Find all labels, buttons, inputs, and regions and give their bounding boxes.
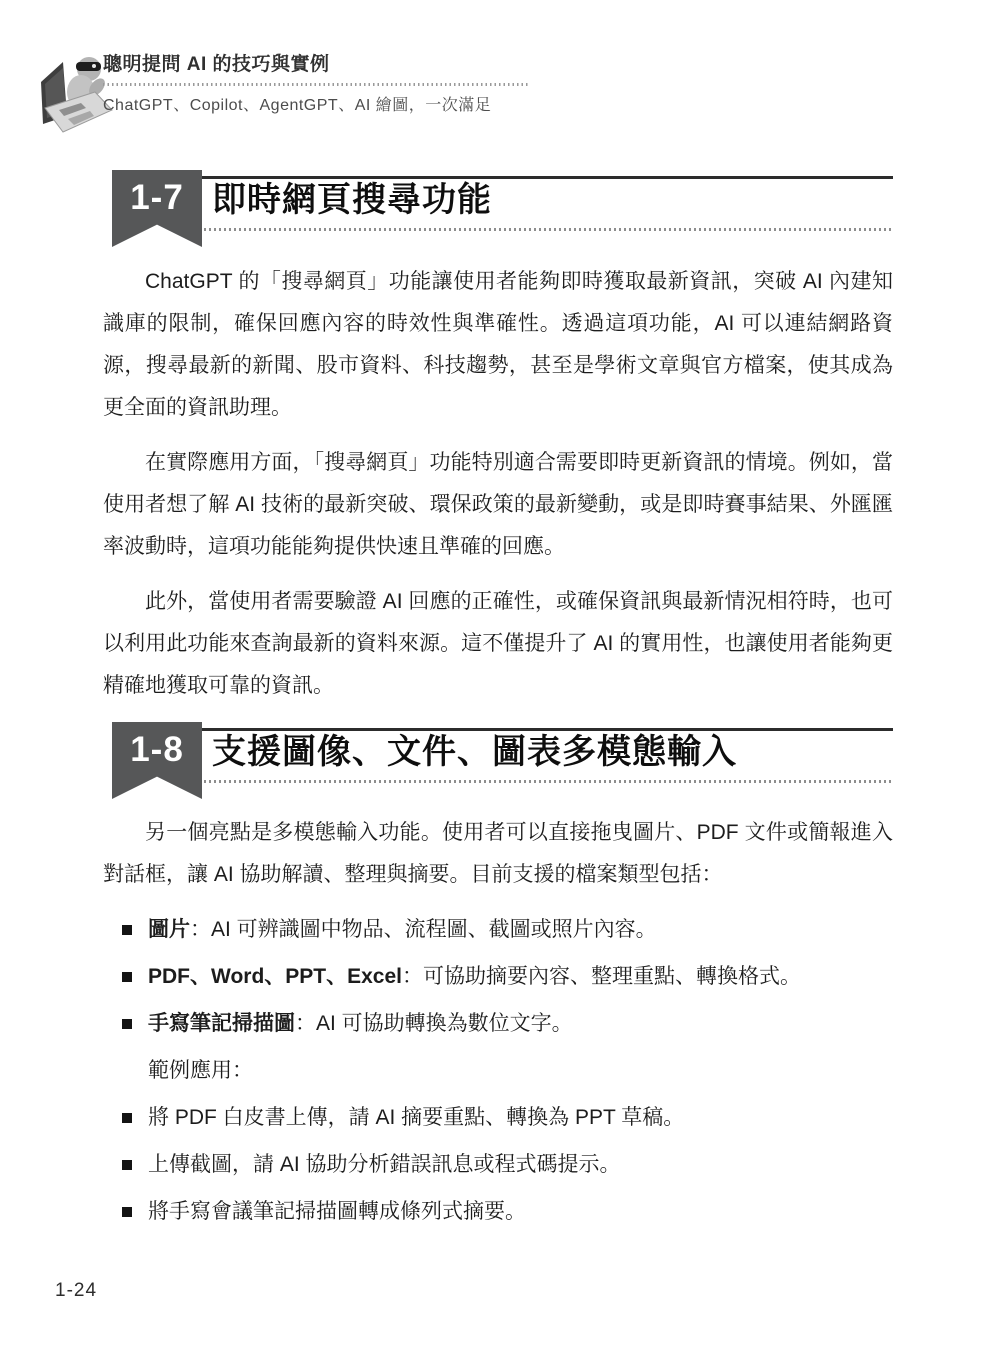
page-header: 聰明提問 AI 的技巧與實例 ChatGPT、Copilot、AgentGPT、…: [0, 46, 1000, 142]
file-type-bullet-list: 圖片：AI 可辨識圖中物品、流程圖、截圖或照片內容。 PDF、Word、PPT、…: [103, 909, 893, 1045]
section-dotted-line: [204, 228, 893, 231]
bullet-text: ：可協助摘要內容、整理重點、轉換格式。: [402, 965, 801, 988]
bullet-text: ：AI 可辨識圖中物品、流程圖、截圖或照片內容。: [190, 918, 657, 941]
list-item: 上傳截圖，請 AI 協助分析錯誤訊息或程式碼提示。: [103, 1144, 893, 1186]
section-number-ribbon: 1-7: [112, 170, 202, 247]
list-item: PDF、Word、PPT、Excel：可協助摘要內容、整理重點、轉換格式。: [103, 956, 893, 998]
bullet-text: 將 PDF 白皮書上傳，請 AI 摘要重點、轉換為 PPT 草稿。: [148, 1106, 684, 1129]
section-title: 支援圖像、文件、圖表多模態輸入: [212, 729, 737, 775]
book-subtitle: ChatGPT、Copilot、AgentGPT、AI 繪圖，一次滿足: [103, 92, 623, 115]
paragraph: 在實際應用方面，「搜尋網頁」功能特別適合需要即時更新資訊的情境。例如，當使用者想…: [103, 442, 893, 568]
bullet-lead: 手寫筆記掃描圖: [148, 1012, 295, 1035]
examples-label: 範例應用：: [148, 1050, 893, 1092]
paragraph: 另一個亮點是多模態輸入功能。使用者可以直接拖曳圖片、PDF 文件或簡報進入對話框…: [103, 812, 893, 896]
section-number: 1-8: [130, 730, 184, 769]
examples-bullet-list: 將 PDF 白皮書上傳，請 AI 摘要重點、轉換為 PPT 草稿。 上傳截圖，請…: [103, 1097, 893, 1233]
list-item: 將手寫會議筆記掃描圖轉成條列式摘要。: [103, 1191, 893, 1233]
section-heading-1-7: 1-7 即時網頁搜尋功能: [0, 170, 1000, 250]
section-1-7-body: ChatGPT 的「搜尋網頁」功能讓使用者能夠即時獲取最新資訊，突破 AI 內建…: [103, 261, 893, 720]
bullet-lead: 圖片: [148, 918, 190, 941]
square-bullet-icon: [122, 1207, 132, 1217]
header-text: 聰明提問 AI 的技巧與實例 ChatGPT、Copilot、AgentGPT、…: [103, 54, 623, 115]
square-bullet-icon: [122, 1160, 132, 1170]
page-number: 1-24: [55, 1280, 97, 1302]
paragraph: 此外，當使用者需要驗證 AI 回應的正確性，或確保資訊與最新情況相符時，也可以利…: [103, 581, 893, 707]
section-dotted-line: [204, 780, 893, 783]
section-number: 1-7: [130, 178, 184, 217]
square-bullet-icon: [122, 925, 132, 935]
list-item: 手寫筆記掃描圖：AI 可協助轉換為數位文字。: [103, 1003, 893, 1045]
square-bullet-icon: [122, 972, 132, 982]
square-bullet-icon: [122, 1019, 132, 1029]
bullet-text: ：AI 可協助轉換為數位文字。: [295, 1012, 573, 1035]
header-dotted-divider: [103, 83, 528, 86]
section-title: 即時網頁搜尋功能: [212, 177, 492, 223]
square-bullet-icon: [122, 1113, 132, 1123]
paragraph: ChatGPT 的「搜尋網頁」功能讓使用者能夠即時獲取最新資訊，突破 AI 內建…: [103, 261, 893, 429]
list-item: 將 PDF 白皮書上傳，請 AI 摘要重點、轉換為 PPT 草稿。: [103, 1097, 893, 1139]
book-title: 聰明提問 AI 的技巧與實例: [103, 54, 623, 76]
list-item: 圖片：AI 可辨識圖中物品、流程圖、截圖或照片內容。: [103, 909, 893, 951]
section-1-8-body: 另一個亮點是多模態輸入功能。使用者可以直接拖曳圖片、PDF 文件或簡報進入對話框…: [103, 812, 893, 1238]
section-number-ribbon: 1-8: [112, 722, 202, 799]
book-page: 聰明提問 AI 的技巧與實例 ChatGPT、Copilot、AgentGPT、…: [0, 0, 1000, 1353]
bullet-lead: PDF、Word、PPT、Excel: [148, 965, 402, 988]
bullet-text: 將手寫會議筆記掃描圖轉成條列式摘要。: [148, 1200, 526, 1223]
section-heading-1-8: 1-8 支援圖像、文件、圖表多模態輸入: [0, 722, 1000, 802]
bullet-text: 上傳截圖，請 AI 協助分析錯誤訊息或程式碼提示。: [148, 1153, 621, 1176]
